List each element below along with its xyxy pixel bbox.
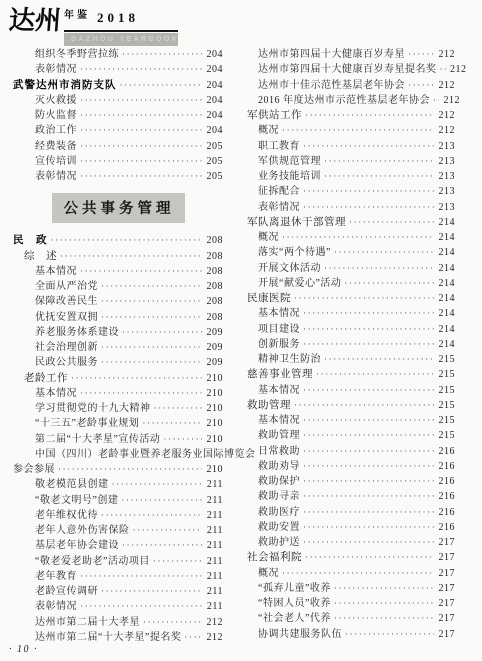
toc-entry: 达州市十佳示范性基层老年协会212 xyxy=(236,78,455,93)
toc-entry-label: 开展“献爱心”活动 xyxy=(258,276,341,291)
toc-page-number: 211 xyxy=(206,569,223,584)
toc-entry-label: 老年维权优待 xyxy=(35,508,98,523)
toc-entry-label: 救助寻亲 xyxy=(258,489,300,504)
toc-page-number: 214 xyxy=(438,261,455,276)
toc-entry: “社会老人”代养217 xyxy=(236,611,455,626)
toc-entry: 优抚安置双拥208 xyxy=(13,310,223,325)
toc-entry-label: 概况 xyxy=(258,123,279,138)
toc-dot-leader xyxy=(80,264,202,279)
toc-page-number: 214 xyxy=(438,306,455,321)
toc-page-number: 211 xyxy=(206,599,223,614)
toc-dot-leader xyxy=(80,123,202,138)
toc-page-number: 217 xyxy=(438,627,455,642)
toc-dot-leader xyxy=(433,93,439,108)
toc-page-number: 215 xyxy=(438,367,455,382)
toc-rows-right: 达州市第四届十大健康百岁寿星212达州市第四届十大健康百岁寿星提名奖212达州市… xyxy=(236,47,455,642)
toc-rows-left-bottom: 民 政208综 述208基本情况208全面从严治党208保障改善民生208优抚安… xyxy=(13,233,223,645)
toc-page-number: 214 xyxy=(438,215,455,230)
toc-entry-label: 老年教育 xyxy=(35,569,77,584)
toc-entry: 救助寻亲216 xyxy=(236,489,455,504)
toc-dot-leader xyxy=(80,599,202,614)
toc-dot-leader xyxy=(305,108,434,123)
toc-page-number: 212 xyxy=(443,93,460,108)
toc-dot-leader xyxy=(112,477,203,492)
toc-page-number: 210 xyxy=(206,401,223,416)
toc-entry-label: 达州市十佳示范性基层老年协会 xyxy=(258,78,405,93)
toc-entry: 达州市第四届十大健康百岁寿星提名奖212 xyxy=(236,62,455,77)
toc-entry-label: 救助医疗 xyxy=(258,505,300,520)
toc-dot-leader xyxy=(101,340,202,355)
toc-page-number: 211 xyxy=(206,493,223,508)
toc-entry: 民政公共服务209 xyxy=(13,355,223,370)
toc-dot-leader xyxy=(303,413,434,428)
toc-page-number: 213 xyxy=(438,154,455,169)
toc-entry-label: 老年人意外伤害保险 xyxy=(35,523,130,538)
toc-entry-label: 达州市第四届十大健康百岁寿星 xyxy=(258,47,405,62)
toc-entry: 慈善事业管理215 xyxy=(236,367,455,382)
toc-dot-leader xyxy=(80,139,202,154)
toc-page-number: 216 xyxy=(438,459,455,474)
toc-column-right: 达州市第四届十大健康百岁寿星212达州市第四届十大健康百岁寿星提名奖212达州市… xyxy=(236,47,455,645)
toc-entry-label: 中国（四川）老龄事业暨养老服务业国际博览会 xyxy=(35,447,256,462)
toc-entry: 民康医院214 xyxy=(236,291,455,306)
toc-dot-leader xyxy=(163,432,202,447)
toc-entry-label: 全面从严治党 xyxy=(35,279,98,294)
toc-entry-label: 基层老年协会建设 xyxy=(35,538,119,553)
toc-dot-leader xyxy=(80,569,202,584)
toc-entry: 征拆配合213 xyxy=(236,184,455,199)
toc-page-number: 215 xyxy=(438,398,455,413)
toc-entry-label: 落实“两个待遇” xyxy=(258,245,331,260)
toc-page-number: 213 xyxy=(438,200,455,215)
toc-entry: 救助劝导216 xyxy=(236,459,455,474)
toc-page-number: 205 xyxy=(206,139,223,154)
toc-entry-label: 老龄宣传调研 xyxy=(35,584,98,599)
toc-dot-leader xyxy=(303,139,434,154)
toc-entry-label: 救助管理 xyxy=(258,428,300,443)
toc-page-number: 205 xyxy=(206,154,223,169)
toc-entry-label: 社会福利院 xyxy=(247,550,302,565)
toc-entry-label: 敬老模范县创建 xyxy=(35,477,109,492)
toc-page-number: 217 xyxy=(438,535,455,550)
toc-entry-label: 养老服务体系建设 xyxy=(35,325,119,340)
toc-page-number: 209 xyxy=(206,340,223,355)
toc-page-number: 210 xyxy=(206,386,223,401)
toc-entry: 基本情况208 xyxy=(13,264,223,279)
toc-entry-label: 基本情况 xyxy=(258,383,300,398)
toc-entry: 军供规范管理213 xyxy=(236,154,455,169)
toc-entry: 达州市第二届十大孝星212 xyxy=(13,615,223,630)
toc-entry: “特困人员”收养217 xyxy=(236,596,455,611)
toc-dot-leader xyxy=(101,355,202,370)
toc-dot-leader xyxy=(303,200,434,215)
toc-entry-label: 创新服务 xyxy=(258,337,300,352)
toc-page-number: 212 xyxy=(438,78,455,93)
toc-dot-leader xyxy=(282,123,434,138)
toc-entry-label: 业务技能培训 xyxy=(258,169,321,184)
toc-entry-label: “社会老人”代养 xyxy=(258,611,331,626)
toc-dot-leader xyxy=(101,279,202,294)
section-banner-wrap: 公共事务管理 xyxy=(13,193,223,223)
toc-dot-leader xyxy=(282,566,434,581)
masthead-en-banner: DAZHOU YEARBOOK xyxy=(64,33,178,46)
toc-entry: 救助保护216 xyxy=(236,474,455,489)
toc-dot-leader xyxy=(143,615,202,630)
toc-entry: 老龄工作210 xyxy=(13,371,223,386)
toc-page-number: 211 xyxy=(206,554,223,569)
toc-entry-label: 宣传培训 xyxy=(35,154,77,169)
toc-entry: 基本情况215 xyxy=(236,383,455,398)
toc-dot-leader xyxy=(334,611,434,626)
toc-entry-label: 日常救助 xyxy=(258,444,300,459)
toc-entry-label: 第二届“十大孝星”宣传活动 xyxy=(35,432,160,447)
toc-entry-label: 武警达州市消防支队 xyxy=(13,78,117,93)
toc-dot-leader xyxy=(316,367,434,382)
toc-entry-label: 基本情况 xyxy=(258,306,300,321)
toc-dot-leader xyxy=(305,550,434,565)
yearbook-masthead: 达州 年鉴 2018 DAZHOU YEARBOOK xyxy=(9,5,178,46)
toc-entry: 保障改善民生208 xyxy=(13,294,223,309)
toc-entry-label: “敬老文明号”创建 xyxy=(35,493,118,508)
toc-page-number: 205 xyxy=(206,169,223,184)
yearbook-toc-page: 达州 年鉴 2018 DAZHOU YEARBOOK 组织冬季野营拉练204表彰… xyxy=(0,0,482,661)
toc-page-number: 215 xyxy=(438,428,455,443)
toc-dot-leader xyxy=(303,322,434,337)
toc-entry-label: 慈善事业管理 xyxy=(247,367,313,382)
toc-entry: 敬老模范县创建211 xyxy=(13,477,223,492)
toc-dot-leader xyxy=(303,428,434,443)
toc-dot-leader xyxy=(303,337,434,352)
toc-page-number: 214 xyxy=(438,322,455,337)
toc-entry-label: 表彰情况 xyxy=(35,62,77,77)
toc-dot-leader xyxy=(303,459,434,474)
toc-dot-leader xyxy=(345,627,434,642)
toc-dot-leader xyxy=(334,245,434,260)
toc-entry: 老年人意外伤害保险211 xyxy=(13,523,223,538)
toc-page-number: 212 xyxy=(438,108,455,123)
toc-entry: 经费装备205 xyxy=(13,139,223,154)
toc-entry: 职工教育213 xyxy=(236,139,455,154)
toc-page-number: 208 xyxy=(206,233,223,248)
toc-page-number: 214 xyxy=(438,337,455,352)
toc-entry-label: 老龄工作 xyxy=(24,371,68,386)
toc-page-number: 204 xyxy=(206,78,223,93)
toc-page-number: 211 xyxy=(206,538,223,553)
masthead-year: 2018 xyxy=(97,10,139,25)
toc-entry-label: 救助护送 xyxy=(258,535,300,550)
toc-entry-label: 民 政 xyxy=(13,233,48,248)
toc-entry-label: 经费装备 xyxy=(35,139,77,154)
toc-page-number: 214 xyxy=(438,276,455,291)
toc-page-number: 209 xyxy=(206,355,223,370)
toc-page-number: 204 xyxy=(206,123,223,138)
toc-page-number: 214 xyxy=(438,245,455,260)
toc-dot-leader xyxy=(303,520,434,535)
toc-page-number: 210 xyxy=(206,371,223,386)
masthead-underline: 年鉴 2018 xyxy=(64,9,178,32)
toc-entry-label: 表彰情况 xyxy=(258,200,300,215)
toc-page-number: 210 xyxy=(206,432,223,447)
toc-page-number: 216 xyxy=(438,474,455,489)
toc-dot-leader xyxy=(122,325,202,340)
toc-entry-label: 学习贯彻党的十九大精神 xyxy=(35,401,151,416)
toc-entry-label: 民康医院 xyxy=(247,291,291,306)
toc-entry-label: 2016 年度达州市示范性基层老年协会 xyxy=(258,93,430,108)
toc-entry-label: 项目建设 xyxy=(258,322,300,337)
toc-page-number: 204 xyxy=(206,108,223,123)
toc-entry: 武警达州市消防支队204 xyxy=(13,78,223,93)
toc-entry: 政治工作204 xyxy=(13,123,223,138)
toc-entry: 业务技能培训213 xyxy=(236,169,455,184)
toc-entry: 救助医疗216 xyxy=(236,505,455,520)
toc-dot-leader xyxy=(294,291,434,306)
toc-entry-label: “特困人员”收养 xyxy=(258,596,331,611)
toc-page-number: 212 xyxy=(438,123,455,138)
toc-entry: 社会福利院217 xyxy=(236,550,455,565)
toc-entry: 民 政208 xyxy=(13,233,223,248)
toc-dot-leader xyxy=(153,554,202,569)
toc-dot-leader xyxy=(303,535,434,550)
toc-entry: 项目建设214 xyxy=(236,322,455,337)
masthead-subtitle-cn: 年鉴 xyxy=(64,10,90,21)
toc-entry: 表彰情况204 xyxy=(13,62,223,77)
toc-entry-label: 达州市第二届十大孝星 xyxy=(35,615,140,630)
toc-dot-leader xyxy=(408,47,434,62)
toc-page-number: 217 xyxy=(438,550,455,565)
toc-page-number: 217 xyxy=(438,596,455,611)
toc-page-number: 216 xyxy=(438,505,455,520)
toc-entry-label: 军供站工作 xyxy=(247,108,302,123)
toc-dot-leader xyxy=(344,276,434,291)
toc-columns: 组织冬季野营拉练204表彰情况204武警达州市消防支队204灭火救援204防火监… xyxy=(13,47,455,645)
toc-entry-label: 保障改善民生 xyxy=(35,294,98,309)
toc-page-number: 204 xyxy=(206,62,223,77)
toc-entry-label: “十三五”老龄事业规划 xyxy=(35,416,139,431)
toc-entry: 表彰情况211 xyxy=(13,599,223,614)
toc-entry-label: 征拆配合 xyxy=(258,184,300,199)
toc-page-number: 213 xyxy=(438,169,455,184)
toc-page-number: 212 xyxy=(206,630,223,645)
toc-rows-left-top: 组织冬季野营拉练204表彰情况204武警达州市消防支队204灭火救援204防火监… xyxy=(13,47,223,184)
toc-entry: 开展文体活动214 xyxy=(236,261,455,276)
toc-dot-leader xyxy=(334,581,434,596)
toc-entry: 全面从严治党208 xyxy=(13,279,223,294)
toc-entry: 2016 年度达州市示范性基层老年协会212 xyxy=(236,93,455,108)
toc-entry-label: 开展文体活动 xyxy=(258,261,321,276)
toc-entry-label: 救助安置 xyxy=(258,520,300,535)
toc-dot-leader xyxy=(408,78,434,93)
toc-entry: 宣传培训205 xyxy=(13,154,223,169)
toc-column-left: 组织冬季野营拉练204表彰情况204武警达州市消防支队204灭火救援204防火监… xyxy=(13,47,223,645)
toc-entry: 基层老年协会建设211 xyxy=(13,538,223,553)
toc-entry: 基本情况215 xyxy=(236,413,455,428)
toc-entry-label: 救助保护 xyxy=(258,474,300,489)
toc-entry: “孤弃儿童”收养217 xyxy=(236,581,455,596)
toc-entry: 协调共建服务队伍217 xyxy=(236,627,455,642)
toc-dot-leader xyxy=(303,489,434,504)
toc-entry: “敬老爱老助老”活动项目211 xyxy=(13,554,223,569)
toc-entry-label: 优抚安置双拥 xyxy=(35,310,98,325)
toc-dot-leader xyxy=(324,352,434,367)
toc-entry-label: 灭火救援 xyxy=(35,93,77,108)
toc-dot-leader xyxy=(303,184,434,199)
toc-entry: 养老服务体系建设209 xyxy=(13,325,223,340)
toc-page-number: 211 xyxy=(206,508,223,523)
toc-entry: 学习贯彻党的十九大精神210 xyxy=(13,401,223,416)
toc-entry: 救助护送217 xyxy=(236,535,455,550)
toc-dot-leader xyxy=(122,47,202,62)
masthead-title-cn: 达州 xyxy=(8,5,62,35)
toc-entry: 军队离退休干部管理214 xyxy=(236,215,455,230)
toc-entry-label: 表彰情况 xyxy=(35,599,77,614)
toc-dot-leader xyxy=(121,493,202,508)
toc-dot-leader xyxy=(303,444,434,459)
toc-page-number: 204 xyxy=(206,47,223,62)
toc-dot-leader xyxy=(51,233,203,248)
toc-entry-label: 基本情况 xyxy=(35,264,77,279)
toc-dot-leader xyxy=(154,401,203,416)
toc-entry-label: 参会参展 xyxy=(13,462,55,477)
toc-entry-label: 社会治理创新 xyxy=(35,340,98,355)
toc-dot-leader xyxy=(133,523,203,538)
toc-page-number: 204 xyxy=(206,93,223,108)
toc-dot-leader xyxy=(142,416,202,431)
toc-dot-leader xyxy=(184,630,202,645)
toc-page-number: 217 xyxy=(438,566,455,581)
toc-dot-leader xyxy=(294,398,434,413)
toc-entry: 概况214 xyxy=(236,230,455,245)
toc-entry: 第二届“十大孝星”宣传活动210 xyxy=(13,432,223,447)
toc-dot-leader xyxy=(71,371,202,386)
toc-entry: 创新服务214 xyxy=(236,337,455,352)
toc-entry: “十三五”老龄事业规划210 xyxy=(13,416,223,431)
toc-entry: 军供站工作212 xyxy=(236,108,455,123)
toc-entry: 达州市第四届十大健康百岁寿星212 xyxy=(236,47,455,62)
toc-page-number: 216 xyxy=(438,520,455,535)
toc-page-number: 216 xyxy=(438,444,455,459)
toc-dot-leader xyxy=(60,249,202,264)
toc-page-number: 215 xyxy=(438,352,455,367)
toc-dot-leader xyxy=(80,169,202,184)
toc-entry: 日常救助216 xyxy=(236,444,455,459)
toc-dot-leader xyxy=(282,230,434,245)
toc-dot-leader xyxy=(440,62,446,77)
toc-page-number: 211 xyxy=(206,523,223,538)
toc-entry: 表彰情况213 xyxy=(236,200,455,215)
toc-dot-leader xyxy=(122,538,202,553)
toc-entry: 达州市第二届“十大孝星”提名奖212 xyxy=(13,630,223,645)
toc-dot-leader xyxy=(101,508,202,523)
toc-entry: 表彰情况205 xyxy=(13,169,223,184)
toc-entry-label: 民政公共服务 xyxy=(35,355,98,370)
toc-page-number: 212 xyxy=(450,62,467,77)
toc-entry: 救助管理215 xyxy=(236,398,455,413)
toc-page-number: 208 xyxy=(206,310,223,325)
toc-entry-label: 概况 xyxy=(258,230,279,245)
toc-entry-label: 职工教育 xyxy=(258,139,300,154)
toc-dot-leader xyxy=(80,108,202,123)
toc-entry-label: 军队离退休干部管理 xyxy=(247,215,346,230)
toc-entry-label: 协调共建服务队伍 xyxy=(258,627,342,642)
toc-entry: 防火监督204 xyxy=(13,108,223,123)
toc-page-number: 212 xyxy=(206,615,223,630)
masthead-right-block: 年鉴 2018 DAZHOU YEARBOOK xyxy=(64,9,178,46)
toc-dot-leader xyxy=(324,261,434,276)
toc-page-number: 208 xyxy=(206,294,223,309)
toc-entry: 社会治理创新209 xyxy=(13,340,223,355)
toc-dot-leader xyxy=(349,215,434,230)
toc-dot-leader xyxy=(80,154,202,169)
toc-entry: 老年教育211 xyxy=(13,569,223,584)
toc-entry: 概况217 xyxy=(236,566,455,581)
toc-page-number: 209 xyxy=(206,325,223,340)
toc-page-number: 213 xyxy=(438,184,455,199)
toc-entry-label: 精神卫生防治 xyxy=(258,352,321,367)
toc-dot-leader xyxy=(120,78,203,93)
toc-entry: 组织冬季野营拉练204 xyxy=(13,47,223,62)
toc-dot-leader xyxy=(334,596,434,611)
toc-dot-leader xyxy=(324,169,434,184)
toc-dot-leader xyxy=(101,294,202,309)
toc-entry-label: 救助管理 xyxy=(247,398,291,413)
toc-entry: 基本情况210 xyxy=(13,386,223,401)
toc-dot-leader xyxy=(101,310,202,325)
toc-page-number: 215 xyxy=(438,413,455,428)
toc-page-number: 208 xyxy=(206,264,223,279)
toc-entry-label: 达州市第二届“十大孝星”提名奖 xyxy=(35,630,181,645)
toc-entry: 灭火救援204 xyxy=(13,93,223,108)
toc-dot-leader xyxy=(80,386,202,401)
toc-entry-label: 组织冬季野营拉练 xyxy=(35,47,119,62)
toc-entry: 精神卫生防治215 xyxy=(236,352,455,367)
toc-page-number: 215 xyxy=(438,383,455,398)
toc-entry: 概况212 xyxy=(236,123,455,138)
toc-dot-leader xyxy=(80,62,202,77)
toc-dot-leader xyxy=(303,474,434,489)
toc-entry-label: 基本情况 xyxy=(35,386,77,401)
toc-entry: 综 述208 xyxy=(13,249,223,264)
toc-entry: 老龄宣传调研211 xyxy=(13,584,223,599)
toc-entry: 开展“献爱心”活动214 xyxy=(236,276,455,291)
toc-entry: 老年维权优待211 xyxy=(13,508,223,523)
toc-entry-label: 政治工作 xyxy=(35,123,77,138)
toc-entry-label: 救助劝导 xyxy=(258,459,300,474)
toc-entry-label: “孤弃儿童”收养 xyxy=(258,581,331,596)
toc-entry-label: “敬老爱老助老”活动项目 xyxy=(35,554,150,569)
folio-page-number: · 10 · xyxy=(9,644,38,655)
toc-dot-leader xyxy=(324,154,434,169)
toc-entry: 基本情况214 xyxy=(236,306,455,321)
toc-dot-leader xyxy=(303,505,434,520)
toc-entry-label: 防火监督 xyxy=(35,108,77,123)
toc-dot-leader xyxy=(101,584,202,599)
toc-entry-label: 综 述 xyxy=(24,249,57,264)
toc-page-number: 211 xyxy=(206,477,223,492)
toc-entry: 救助安置216 xyxy=(236,520,455,535)
toc-dot-leader xyxy=(58,462,202,477)
toc-page-number: 211 xyxy=(206,584,223,599)
toc-entry-label: 军供规范管理 xyxy=(258,154,321,169)
toc-page-number: 208 xyxy=(206,249,223,264)
toc-entry: 救助管理215 xyxy=(236,428,455,443)
toc-entry: 落实“两个待遇”214 xyxy=(236,245,455,260)
toc-entry: 参会参展210 xyxy=(13,462,223,477)
toc-page-number: 212 xyxy=(438,47,455,62)
toc-entry: 中国（四川）老龄事业暨养老服务业国际博览会 xyxy=(13,447,223,462)
toc-entry: “敬老文明号”创建211 xyxy=(13,493,223,508)
toc-page-number: 208 xyxy=(206,279,223,294)
toc-page-number: 217 xyxy=(438,611,455,626)
